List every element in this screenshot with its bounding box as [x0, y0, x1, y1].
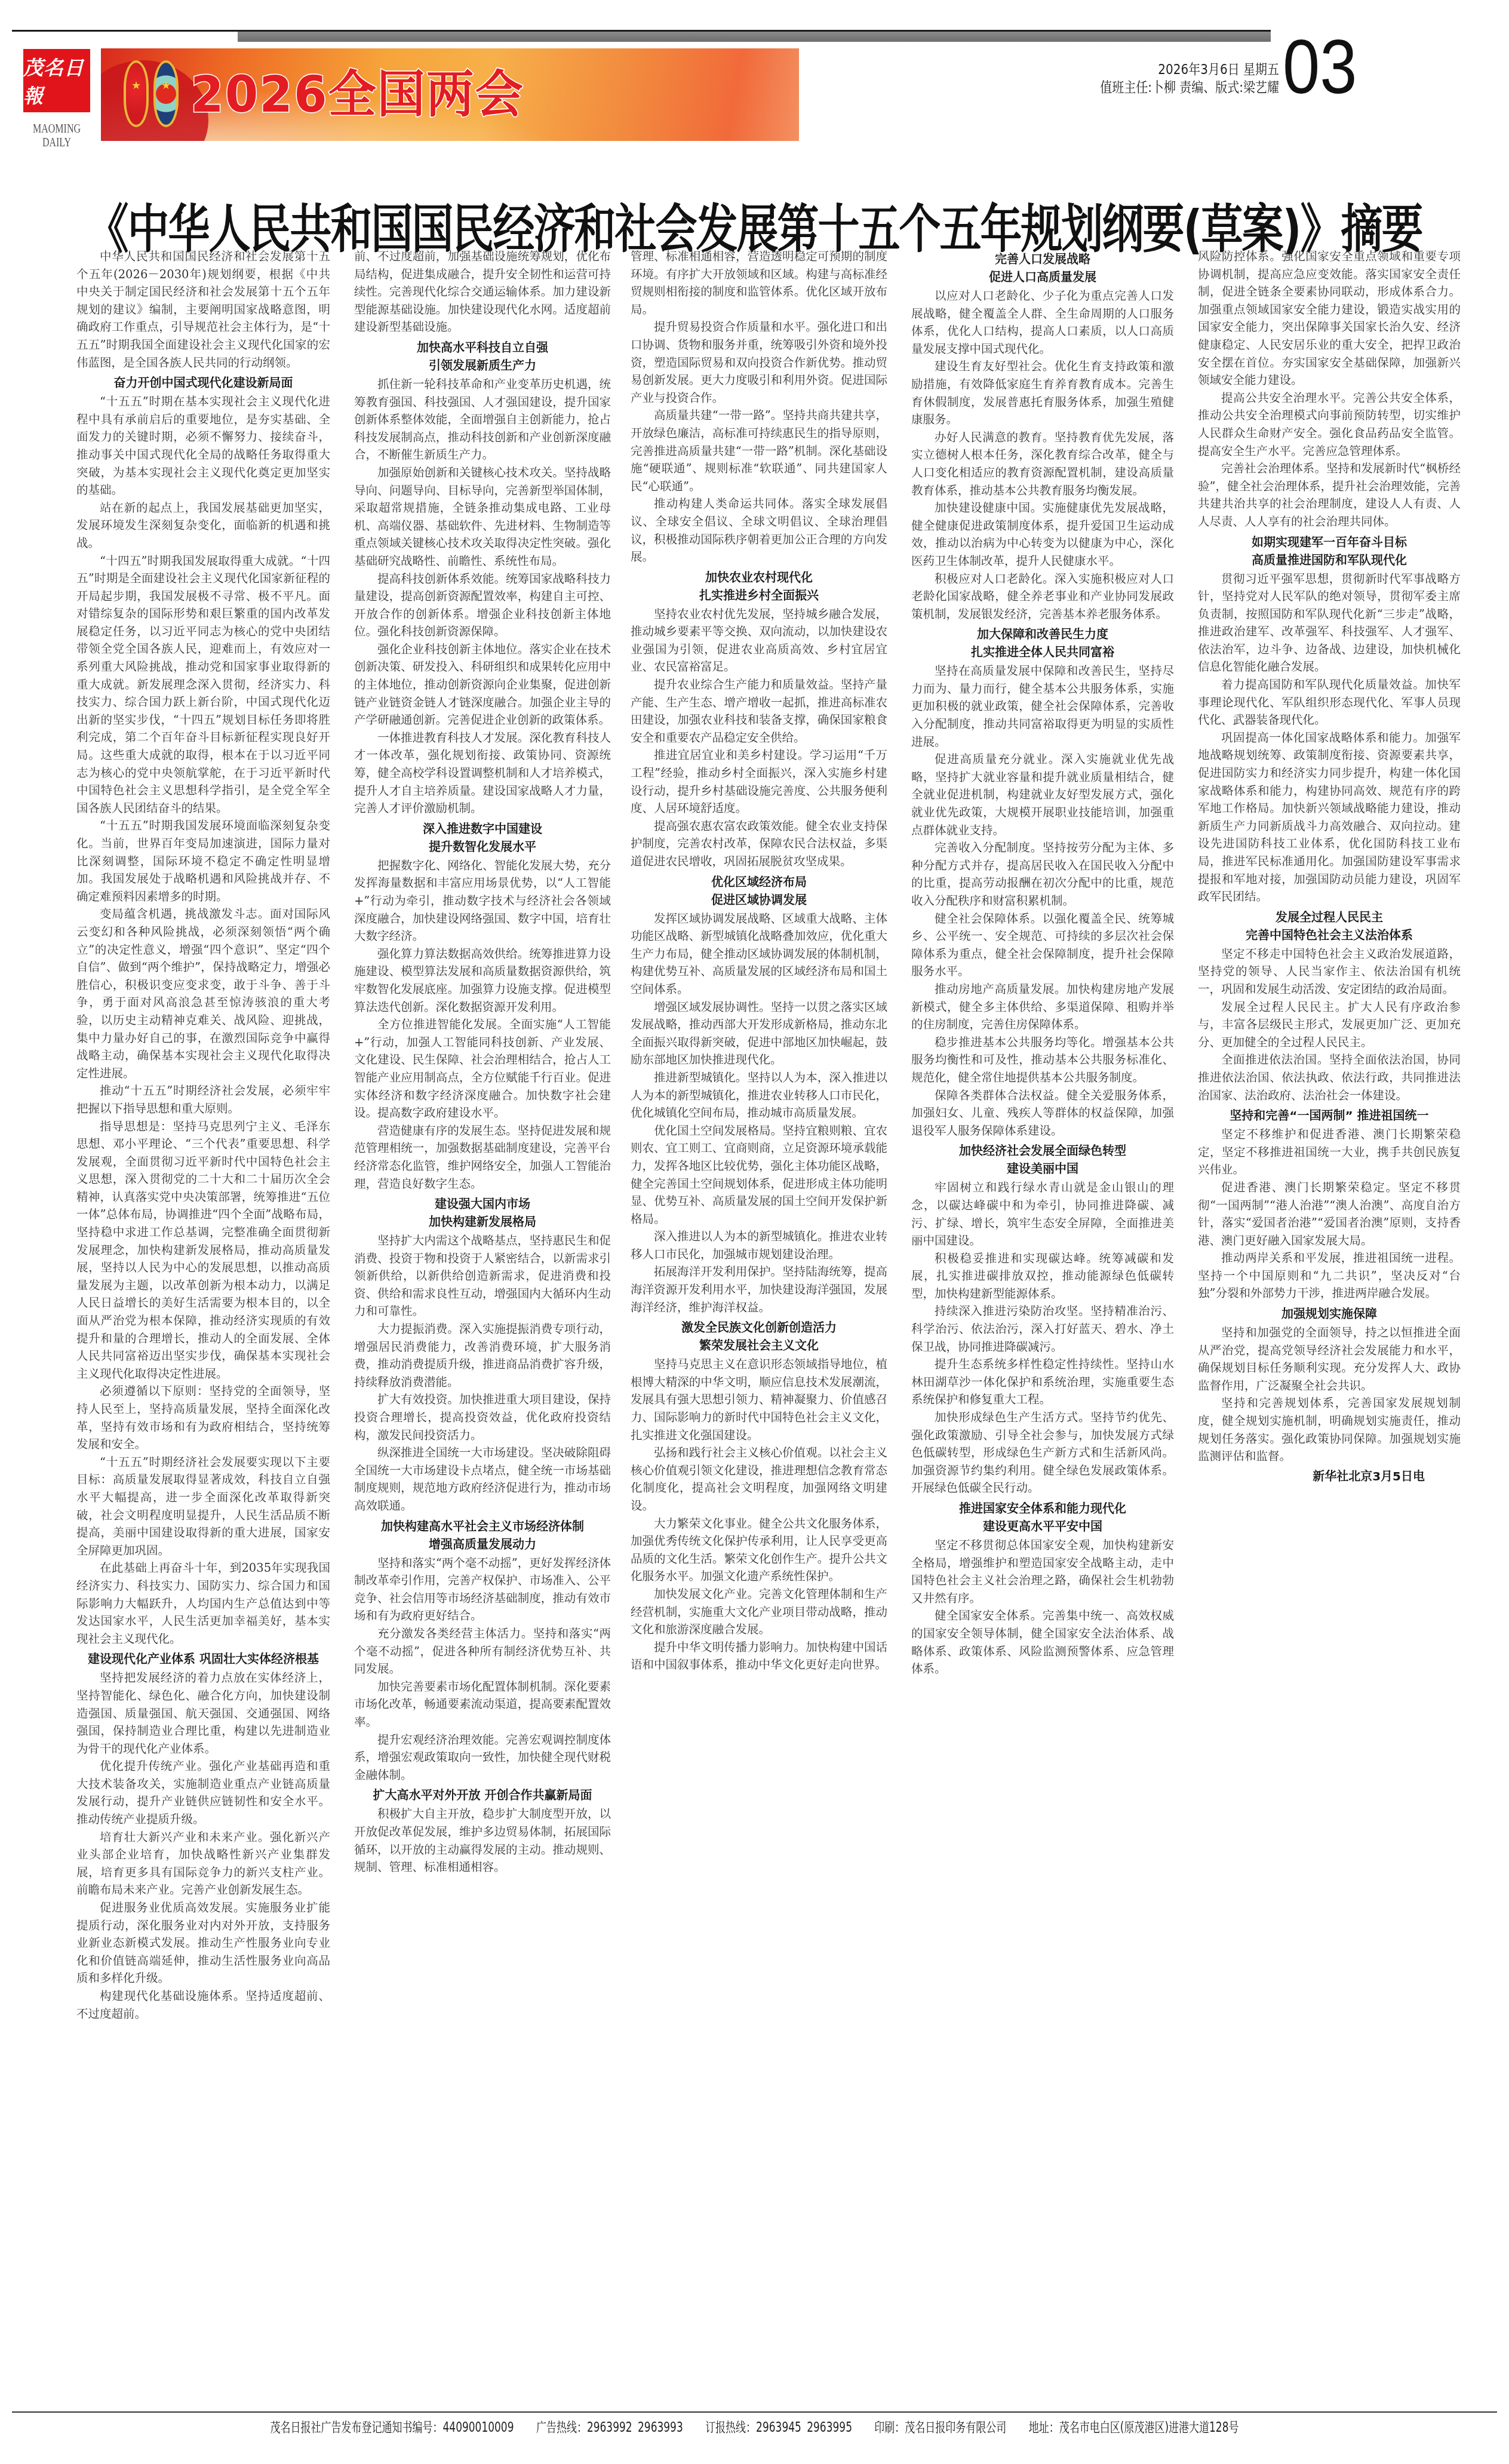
- section-heading-line: 建设强大国内市场: [354, 1195, 611, 1213]
- section-heading-line: 完善中国特色社会主义法治体系: [1198, 926, 1461, 944]
- body-paragraph: 稳步推进基本公共服务均等化。增强基本公共服务均衡性和可及性，推动基本公共服务标准…: [911, 1034, 1174, 1087]
- article-column-4: 完善人口发展战略促进人口高质量发展以应对人口老龄化、少子化为重点完善人口发展战略…: [911, 248, 1174, 2404]
- issue-date: 2026年3月6日 星期五: [1100, 60, 1279, 78]
- body-paragraph: 以应对人口老龄化、少子化为重点完善人口发展战略，健全覆盖全人群、全生命周期的人口…: [911, 287, 1174, 358]
- body-paragraph: 优化国土空间发展格局。坚持宜粮则粮、宜农则农、宜工则工、宜商则商，立足资源环境承…: [631, 1122, 887, 1228]
- section-heading: 推进国家安全体系和能力现代化建设更高水平平安中国: [911, 1500, 1174, 1535]
- section-heading-line: 提升数智化发展水平: [354, 838, 611, 856]
- page-number: 03: [1283, 33, 1357, 102]
- section-heading-line: 加快经济社会发展全面绿色转型: [911, 1142, 1174, 1160]
- body-paragraph: 巩固提高一体化国家战略体系和能力。加强军地战略规划统筹、政策制度衔接、资源要素共…: [1198, 729, 1461, 906]
- footer-rule: [12, 2411, 1497, 2413]
- body-paragraph: 办好人民满意的教育。坚持教育优先发展，落实立德树人根本任务，深化教育综合改革，健…: [911, 429, 1174, 499]
- body-paragraph: “十四五”时期我国发展取得重大成就。“十四五”时期是全面建设社会主义现代化国家新…: [76, 552, 330, 818]
- body-paragraph: 提高公共安全治理水平。完善公共安全体系，推动公共安全治理模式向事前预防转型，切实…: [1198, 389, 1461, 460]
- body-paragraph: 提升贸易投资合作质量和水平。强化进口和出口协调、货物和服务并重，统筹吸引外资和境…: [631, 318, 887, 407]
- body-paragraph: 坚定不移贯彻总体国家安全观，加快构建新安全格局，增强维护和塑造国家安全战略主动，…: [911, 1537, 1174, 1607]
- body-paragraph: 必须遵循以下原则：坚持党的全面领导，坚持人民至上，坚持高质量发展，坚持全面深化改…: [76, 1382, 330, 1453]
- section-heading-line: 促进区域协调发展: [631, 891, 887, 909]
- body-paragraph: 推动构建人类命运共同体。落实全球发展倡议、全球安全倡议、全球文明倡议、全球治理倡…: [631, 495, 887, 566]
- body-paragraph: 前、不过度超前，加强基础设施统筹规划，优化布局结构，促进集成融合，提升安全韧性和…: [354, 248, 611, 336]
- body-paragraph: 坚定不移维护和促进香港、澳门长期繁荣稳定，坚定不移推进祖国统一大业，携手共创民族…: [1198, 1126, 1461, 1179]
- body-paragraph: 提高科技创新体系效能。统筹国家战略科技力量建设，提高创新资源配置效率，构建自主可…: [354, 570, 611, 641]
- body-paragraph: 坚持农业农村优先发展，坚持城乡融合发展，推动城乡要素平等交换、双向流动，以加快建…: [631, 606, 887, 676]
- section-heading-line: 扎实推进全体人民共同富裕: [911, 643, 1174, 661]
- body-paragraph: 加快发展文化产业。完善文化管理体制和生产经营机制，实施重大文化产业项目带动战略，…: [631, 1586, 887, 1639]
- section-heading: 坚持和完善“一国两制” 推进祖国统一: [1198, 1107, 1461, 1125]
- section-heading: 优化区域经济布局促进区域协调发展: [631, 873, 887, 909]
- body-paragraph: 增强区域发展协调性。坚持一以贯之落实区域发展战略，推动西部大开发形成新格局，推动…: [631, 998, 887, 1069]
- body-paragraph: 培育壮大新兴产业和未来产业。强化新兴产业头部企业培育，加快战略性新兴产业集群发展…: [76, 1829, 330, 1899]
- body-paragraph: “十五五”时期我国发展环境面临深刻复杂变化。当前，世界百年变局加速演进，国际力量…: [76, 817, 330, 905]
- body-paragraph: 扩大有效投资。加快推进重大项目建设，保持投资合理增长，提高投资效益，优化政府投资…: [354, 1391, 611, 1444]
- section-heading-line: 深入推进数字中国建设: [354, 820, 611, 838]
- body-paragraph: 牢固树立和践行绿水青山就是金山银山的理念，以碳达峰碳中和为牵引，协同推进降碳、减…: [911, 1179, 1174, 1249]
- footer-address: 地址：茂名市电白区(原茂港区)进港大道128号: [1029, 2420, 1239, 2436]
- body-paragraph: 纵深推进全国统一大市场建设。坚决破除阻碍全国统一大市场建设卡点堵点，健全统一市场…: [354, 1444, 611, 1514]
- footer-ad-license: 茂名日报社广告发布登记通知书编号：44090010009: [271, 2420, 514, 2436]
- body-paragraph: 推进宜居宜业和美乡村建设。学习运用“千万工程”经验，推动乡村全面振兴，深入实施乡…: [631, 746, 887, 817]
- section-heading: 加快高水平科技自立自强引领发展新质生产力: [354, 339, 611, 374]
- body-paragraph: 推动两岸关系和平发展，推进祖国统一进程。坚持一个中国原则和“九二共识”，坚决反对…: [1198, 1249, 1461, 1302]
- newspaper-logo: 茂名日報: [23, 49, 90, 112]
- body-paragraph: 变局蕴含机遇，挑战激发斗志。面对国际风云变幻和各种风险挑战，必须深刻领悟“两个确…: [76, 905, 330, 1082]
- body-paragraph: 发展全过程人民民主。扩大人民有序政治参与，丰富各层级民主形式，发展更加广泛、更加…: [1198, 998, 1461, 1052]
- body-paragraph: 拓展海洋开发利用保护。坚持陆海统筹，提高海洋资源开发利用水平，加快建设海洋强国，…: [631, 1263, 887, 1316]
- logo-chinese-text: 茂名日報: [23, 53, 90, 109]
- body-paragraph: 坚持把发展经济的着力点放在实体经济上，坚持智能化、绿色化、融合化方向，加快建设制…: [76, 1669, 330, 1758]
- body-paragraph: 提高强农惠农富农政策效能。健全农业支持保护制度，完善农村改革，保障农民合法权益，…: [631, 818, 887, 871]
- body-paragraph: 强化算力算法数据高效供给。统筹推进算力设施建设、模型算法发展和高质量数据资源供给…: [354, 945, 611, 1016]
- body-paragraph: “十五五”时期在基本实现社会主义现代化进程中具有承前启后的重要地位，是夯实基础、…: [76, 393, 330, 499]
- article-column-1: 中华人民共和国国民经济和社会发展第十五个五年(2026－2030年)规划纲要，根…: [76, 248, 330, 2404]
- section-heading-line: 如期实现建军一百年奋斗目标: [1198, 533, 1461, 551]
- banner-title: 2026全国两会: [190, 64, 524, 127]
- section-heading-line: 加快高水平科技自立自强: [354, 339, 611, 357]
- section-heading-line: 推进国家安全体系和能力现代化: [911, 1500, 1174, 1517]
- body-paragraph: 加快建设健康中国。实施健康优先发展战略，健全健康促进政策制度体系，提升爱国卫生运…: [911, 499, 1174, 570]
- section-heading: 加大保障和改善民生力度扎实推进全体人民共同富裕: [911, 625, 1174, 661]
- section-heading-line: 促进人口高质量发展: [911, 268, 1174, 286]
- footer-subscription-hotline: 订报热线：2963945 2963995: [705, 2420, 852, 2436]
- section-heading-line: 建设美丽中国: [911, 1160, 1174, 1178]
- section-heading-line: 引领发展新质生产力: [354, 357, 611, 374]
- logo-english-text: MAOMING DAILY: [23, 122, 90, 150]
- section-heading: 建设现代化产业体系 巩固壮大实体经济根基: [76, 1650, 330, 1668]
- body-paragraph: 推动“十五五”时期经济社会发展，必须牢牢把握以下指导思想和重大原则。: [76, 1082, 330, 1117]
- section-heading: 加快经济社会发展全面绿色转型建设美丽中国: [911, 1142, 1174, 1178]
- section-heading: 激发全民族文化创新创造活力繁荣发展社会主义文化: [631, 1319, 887, 1354]
- body-paragraph: 积极应对人口老龄化。深入实施积极应对人口老龄化国家战略，健全养老事业和产业协同发…: [911, 570, 1174, 623]
- news-agency-signoff: 新华社北京3月5日电: [1198, 1468, 1461, 1486]
- body-paragraph: 充分激发各类经营主体活力。坚持和落实“两个毫不动摇”，促进各种所有制经济优势互补…: [354, 1625, 611, 1678]
- body-paragraph: 坚持扩大内需这个战略基点，坚持惠民生和促消费、投资于物和投资于人紧密结合，以新需…: [354, 1232, 611, 1320]
- two-sessions-banner: ★ ★ 2026全国两会: [101, 48, 799, 141]
- body-paragraph: 提升宏观经济治理效能。完善宏观调控制度体系，增强宏观政策取向一致性，加快健全现代…: [354, 1731, 611, 1784]
- article-column-2: 前、不过度超前，加强基础设施统筹规划，优化布局结构，促进集成融合，提升安全韧性和…: [354, 248, 611, 2404]
- body-paragraph: 坚持在高质量发展中保障和改善民生，坚持尽力而为、量力而行，健全基本公共服务体系，…: [911, 662, 1174, 751]
- body-paragraph: 持续深入推进污染防治攻坚。坚持精准治污、科学治污、依法治污，深入打好蓝天、碧水、…: [911, 1302, 1174, 1356]
- footer-ad-hotline: 广告热线：2963992 2963993: [536, 2420, 683, 2436]
- section-heading: 建设强大国内市场加快构建新发展格局: [354, 1195, 611, 1231]
- body-paragraph: 促进服务业优质高效发展。实施服务业扩能提质行动，深化服务业对内对外开放，支持服务…: [76, 1899, 330, 1987]
- body-paragraph: 风险防控体系。强化国家安全重点领域和重要专项协调机制，提高应急应变效能。落实国家…: [1198, 248, 1461, 389]
- section-heading: 完善人口发展战略促进人口高质量发展: [911, 250, 1174, 286]
- body-paragraph: 坚持和完善规划体系，完善国家发展规划制度，健全规划实施机制，明确规划实施责任，推…: [1198, 1394, 1461, 1465]
- article-body: 中华人民共和国国民经济和社会发展第十五个五年(2026－2030年)规划纲要，根…: [76, 248, 1498, 2404]
- body-paragraph: 发挥区域协调发展战略、区域重大战略、主体功能区战略、新型城镇化战略叠加效应，优化…: [631, 910, 887, 998]
- body-paragraph: 保障各类群体合法权益。健全关爱服务体系，加强妇女、儿童、残疾人等群体的权益保障，…: [911, 1087, 1174, 1140]
- body-paragraph: 坚持和落实“两个毫不动摇”，更好发挥经济体制改革牵引作用，完善产权保护、市场准入…: [354, 1554, 611, 1625]
- body-paragraph: 推动房地产高质量发展。加快构建房地产发展新模式，健全多主体供给、多渠道保障、租购…: [911, 981, 1174, 1034]
- body-paragraph: 全方位推进智能化发展。全面实施“人工智能+”行动，加强人工智能同科技创新、产业发…: [354, 1016, 611, 1122]
- cppcc-emblem-icon: ★: [153, 60, 179, 127]
- national-emblem-icon: ★: [124, 60, 149, 127]
- body-paragraph: 抓住新一轮科技革命和产业变革历史机遇，统筹教育强国、科技强国、人才强国建设，提升…: [354, 376, 611, 464]
- editor-credits: 值班主任:卜柳 责编、版式:梁艺耀: [1100, 78, 1279, 96]
- section-heading: 发展全过程人民民主完善中国特色社会主义法治体系: [1198, 908, 1461, 944]
- body-paragraph: 促进香港、澳门长期繁荣稳定。坚定不移贯彻“一国两制”“港人治港”“澳人治澳”、高…: [1198, 1179, 1461, 1249]
- issue-dateline: 2026年3月6日 星期五 值班主任:卜柳 责编、版式:梁艺耀: [1100, 60, 1279, 96]
- section-heading-line: 发展全过程人民民主: [1198, 908, 1461, 926]
- masthead-gray-bar: [238, 32, 1271, 42]
- body-paragraph: 把握数字化、网络化、智能化发展大势，充分发挥海量数据和丰富应用场景优势，以“人工…: [354, 857, 611, 945]
- body-paragraph: 高质量共建“一带一路”。坚持共商共建共享，开放绿色廉洁，高标准可持续惠民生的指导…: [631, 407, 887, 495]
- footer-printer: 印刷：茂名日报印务有限公司: [874, 2420, 1006, 2436]
- section-heading: 加快农业农村现代化扎实推进乡村全面振兴: [631, 569, 887, 604]
- body-paragraph: 健全国家安全体系。完善集中统一、高效权威的国家安全领导体制，健全国家安全法治体系…: [911, 1607, 1174, 1678]
- body-paragraph: 坚持和加强党的全面领导，持之以恒推进全面从严治党，提高党领导经济社会发展能力和水…: [1198, 1324, 1461, 1394]
- section-heading-line: 增强高质量发展动力: [354, 1535, 611, 1553]
- article-column-3: 管理、标准相通相容，营造透明稳定可预期的制度环境。有序扩大开放领域和区域。构建与…: [631, 248, 887, 2404]
- body-paragraph: 优化提升传统产业。强化产业基础再造和重大技术装备攻关，实施制造业重点产业链高质量…: [76, 1758, 330, 1828]
- section-heading-line: 建设现代化产业体系 巩固壮大实体经济根基: [76, 1650, 330, 1668]
- section-heading-line: 高质量推进国防和军队现代化: [1198, 551, 1461, 569]
- body-paragraph: 大力繁荣文化事业。健全公共文化服务体系，加强优秀传统文化保护传承利用，让人民享受…: [631, 1515, 887, 1586]
- body-paragraph: 加快形成绿色生产生活方式。坚持节约优先、强化政策激励、引导全社会参与，加快发展方…: [911, 1409, 1174, 1497]
- section-heading-line: 激发全民族文化创新创造活力: [631, 1319, 887, 1337]
- section-heading: 如期实现建军一百年奋斗目标高质量推进国防和军队现代化: [1198, 533, 1461, 569]
- body-paragraph: “十五五”时期经济社会发展要实现以下主要目标：高质量发展取得显著成效，科技自立自…: [76, 1454, 330, 1560]
- section-heading-line: 扎实推进乡村全面振兴: [631, 586, 887, 604]
- section-heading-line: 完善人口发展战略: [911, 250, 1174, 268]
- section-heading-line: 加强规划实施保障: [1198, 1305, 1461, 1323]
- section-heading-line: 优化区域经济布局: [631, 873, 887, 891]
- section-heading: 加快构建高水平社会主义市场经济体制增强高质量发展动力: [354, 1517, 611, 1553]
- body-paragraph: 建设生育友好型社会。优化生育支持政策和激励措施，有效降低家庭生育养育教育成本。完…: [911, 358, 1174, 428]
- body-paragraph: 加快完善要素市场化配置体制机制。深化要素市场化改革，畅通要素流动渠道，提高要素配…: [354, 1678, 611, 1731]
- section-heading-line: 奋力开创中国式现代化建设新局面: [76, 374, 330, 392]
- body-paragraph: 中华人民共和国国民经济和社会发展第十五个五年(2026－2030年)规划纲要，根…: [76, 248, 330, 371]
- body-paragraph: 提升农业综合生产能力和质量效益。坚持产量产能、生产生态、增产增收一起抓，推进高标…: [631, 676, 887, 746]
- body-paragraph: 一体推进教育科技人才发展。深化教育科技人才一体改革，强化规划衔接、政策协同、资源…: [354, 729, 611, 818]
- body-paragraph: 贯彻习近平强军思想，贯彻新时代军事战略方针，坚持党对人民军队的绝对领导，贯彻军委…: [1198, 570, 1461, 677]
- body-paragraph: 提升中华文明传播力影响力。加快构建中国话语和中国叙事体系，推动中华文化更好走向世…: [631, 1639, 887, 1674]
- body-paragraph: 弘扬和践行社会主义核心价值观。以社会主义核心价值观引领文化建设，推进理想信念教育…: [631, 1444, 887, 1514]
- section-heading: 加强规划实施保障: [1198, 1305, 1461, 1323]
- body-paragraph: 指导思想是：坚持马克思列宁主义、毛泽东思想、邓小平理论、“三个代表”重要思想、科…: [76, 1118, 330, 1383]
- body-paragraph: 完善社会治理体系。坚持和发展新时代“枫桥经验”，健全社会治理体系，提升社会治理效…: [1198, 460, 1461, 530]
- section-heading: 深入推进数字中国建设提升数智化发展水平: [354, 820, 611, 856]
- section-heading-line: 坚持和完善“一国两制” 推进祖国统一: [1198, 1107, 1461, 1125]
- section-heading-line: 加快农业农村现代化: [631, 569, 887, 586]
- body-paragraph: 管理、标准相通相容，营造透明稳定可预期的制度环境。有序扩大开放领域和区域。构建与…: [631, 248, 887, 318]
- body-paragraph: 大力提振消费。深入实施提振消费专项行动，增强居民消费能力，改善消费环境，扩大服务…: [354, 1320, 611, 1391]
- body-paragraph: 提升生态系统多样性稳定性持续性。坚持山水林田湖草沙一体化保护和系统治理，实施重要…: [911, 1356, 1174, 1409]
- section-heading-line: 加大保障和改善民生力度: [911, 625, 1174, 643]
- section-heading: 扩大高水平对外开放 开创合作共赢新局面: [354, 1786, 611, 1804]
- section-heading-line: 建设更高水平平安中国: [911, 1517, 1174, 1535]
- section-heading-line: 扩大高水平对外开放 开创合作共赢新局面: [354, 1786, 611, 1804]
- section-heading: 奋力开创中国式现代化建设新局面: [76, 374, 330, 392]
- body-paragraph: 加强原始创新和关键核心技术攻关。坚持战略导向、问题导向、目标导向，完善新型举国体…: [354, 464, 611, 570]
- body-paragraph: 健全社会保障体系。以强化覆盖全民、统筹城乡、公平统一、安全规范、可持续的多层次社…: [911, 910, 1174, 981]
- body-paragraph: 深入推进以人为本的新型城镇化。推进农业转移人口市民化，加强城市规划建设治理。: [631, 1228, 887, 1263]
- body-paragraph: 促进高质量充分就业。深入实施就业优先战略，坚持扩大就业容量和提升就业质量相结合，…: [911, 751, 1174, 839]
- page-footer: 茂名日报社广告发布登记通知书编号：44090010009 广告热线：296399…: [0, 2416, 1509, 2436]
- body-paragraph: 营造健康有序的发展生态。坚持促进发展和规范管理相统一，加强数据基础制度建设，完善…: [354, 1122, 611, 1193]
- body-paragraph: 完善收入分配制度。坚持按劳分配为主体、多种分配方式并存，提高居民收入在国民收入分…: [911, 839, 1174, 910]
- body-paragraph: 坚定不移走中国特色社会主义政治发展道路，坚持党的领导、人民当家作主、依法治国有机…: [1198, 945, 1461, 998]
- body-paragraph: 强化企业科技创新主体地位。落实企业在技术创新决策、研发投入、科研组织和成果转化应…: [354, 641, 611, 729]
- section-heading-line: 加快构建新发展格局: [354, 1213, 611, 1231]
- body-paragraph: 站在新的起点上，我国发展基础更加坚实，发展环境发生深刻复杂变化，面临新的机遇和挑…: [76, 499, 330, 552]
- body-paragraph: 积极扩大自主开放，稳步扩大制度型开放，以开放促改革促发展，维护多边贸易体制，拓展…: [354, 1805, 611, 1876]
- body-paragraph: 全面推进依法治国。坚持全面依法治国，协同推进依法治国、依法执政、依法行政，共同推…: [1198, 1051, 1461, 1104]
- body-paragraph: 构建现代化基础设施体系。坚持适度超前、不过度超前。: [76, 1987, 330, 2023]
- body-paragraph: 坚持马克思主义在意识形态领域指导地位，植根博大精深的中华文明，顺应信息技术发展潮…: [631, 1356, 887, 1444]
- body-paragraph: 积极稳妥推进和实现碳达峰。统筹减碳和发展，扎实推进碳排放双控，推动能源绿色低碳转…: [911, 1250, 1174, 1303]
- body-paragraph: 推进新型城镇化。坚持以人为本，深入推进以人为本的新型城镇化，推进农业转移人口市民…: [631, 1069, 887, 1122]
- section-heading-line: 繁荣发展社会主义文化: [631, 1337, 887, 1354]
- article-column-5: 风险防控体系。强化国家安全重点领域和重要专项协调机制，提高应急应变效能。落实国家…: [1198, 248, 1461, 2404]
- body-paragraph: 着力提高国防和军队现代化质量效益。加快军事理论现代化、军队组织形态现代化、军事人…: [1198, 676, 1461, 729]
- section-heading-line: 加快构建高水平社会主义市场经济体制: [354, 1517, 611, 1535]
- body-paragraph: 在此基础上再奋斗十年，到2035年实现我国经济实力、科技实力、国防实力、综合国力…: [76, 1559, 330, 1648]
